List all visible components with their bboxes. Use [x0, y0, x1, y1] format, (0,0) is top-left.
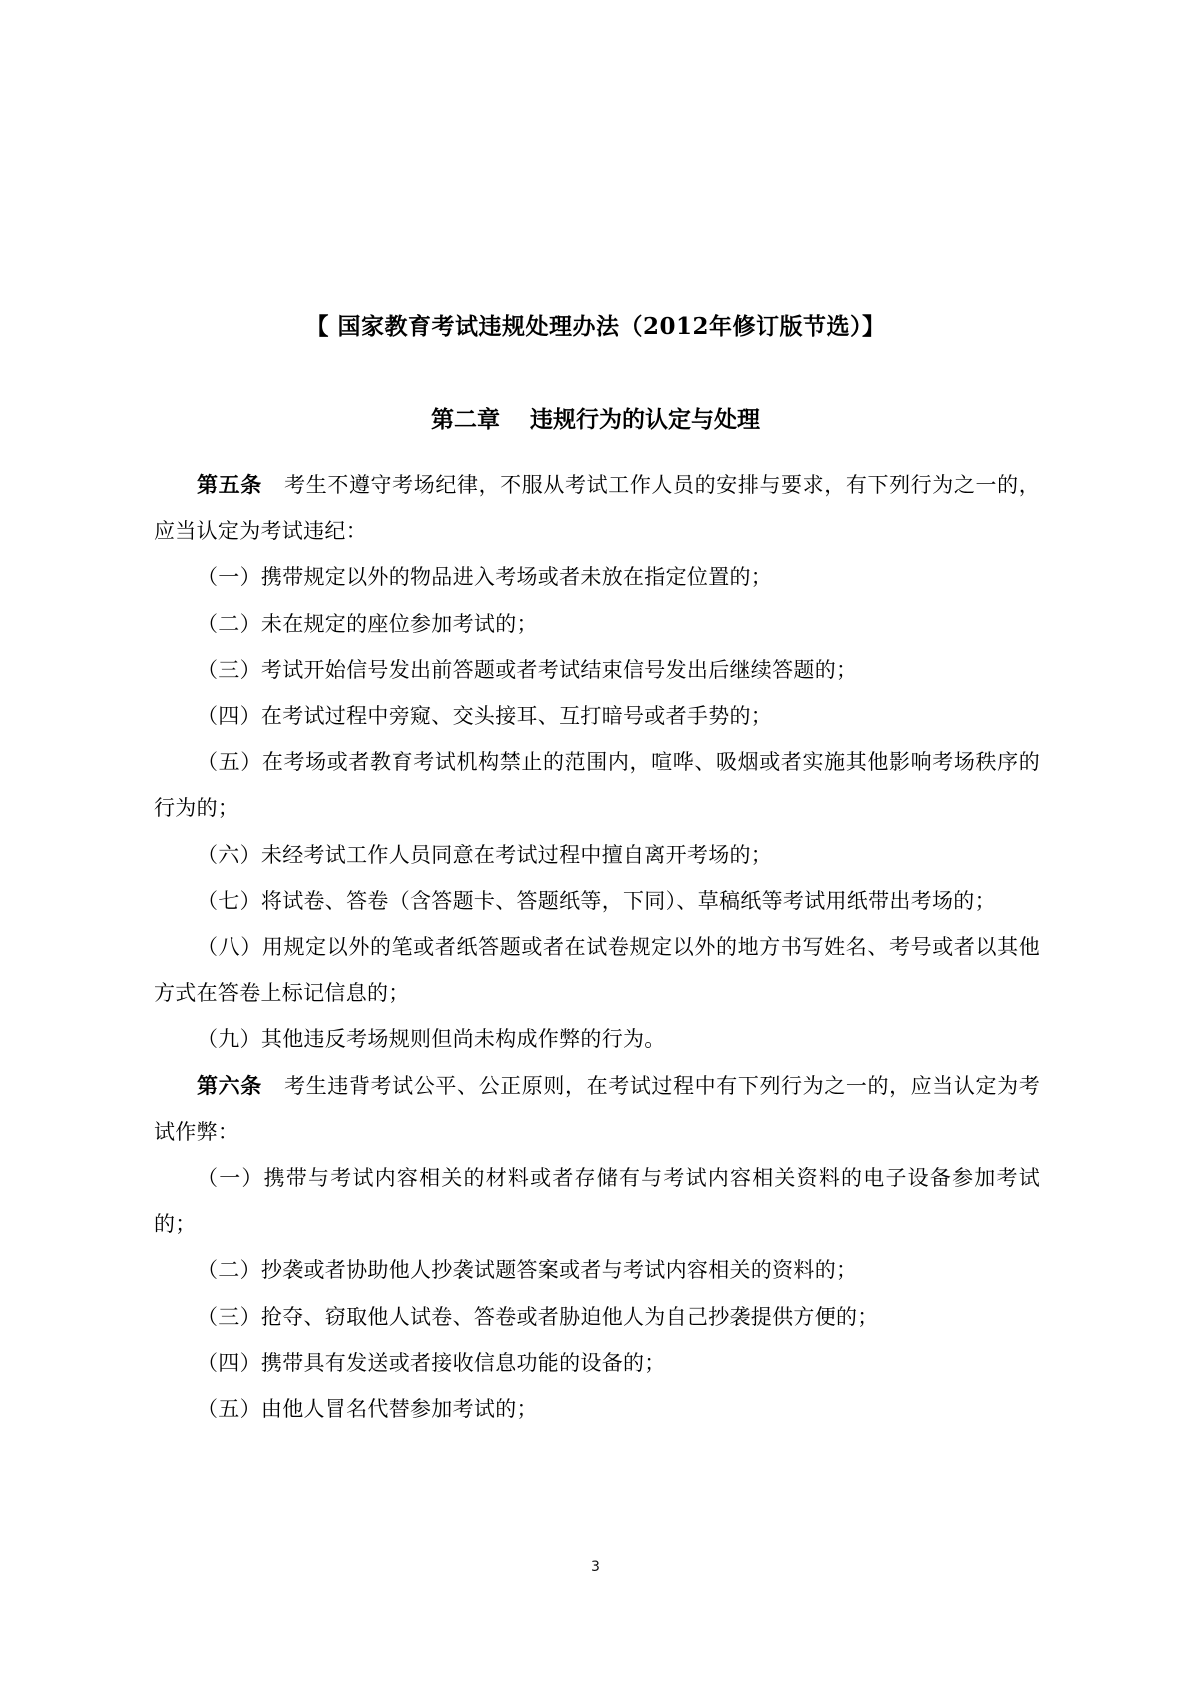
article-6-intro: 第六条考生违背考试公平、公正原则，在考试过程中有下列行为之一的，应当认定为考试作…: [154, 1063, 1040, 1155]
article-5-item-3: （三）考试开始信号发出前答题或者考试结束信号发出后继续答题的；: [154, 647, 1040, 693]
chapter-name: 违规行为的认定与处理: [530, 406, 760, 433]
article-5-intro: 第五条考生不遵守考场纪律，不服从考试工作人员的安排与要求，有下列行为之一的，应当…: [154, 462, 1040, 554]
article-intro-text: 考生违背考试公平、公正原则，在考试过程中有下列行为之一的，应当认定为考试作弊：: [154, 1074, 1040, 1144]
article-6-item-2: （二）抄袭或者协助他人抄袭试题答案或者与考试内容相关的资料的；: [154, 1247, 1040, 1293]
article-6-item-5: （五）由他人冒名代替参加考试的；: [154, 1386, 1040, 1432]
article-5-item-9: （九）其他违反考场规则但尚未构成作弊的行为。: [154, 1016, 1040, 1062]
article-5-item-5: （五）在考场或者教育考试机构禁止的范围内，喧哗、吸烟或者实施其他影响考场秩序的行…: [154, 739, 1040, 831]
article-6-item-4: （四）携带具有发送或者接收信息功能的设备的；: [154, 1340, 1040, 1386]
article-5-item-6: （六）未经考试工作人员同意在考试过程中擅自离开考场的；: [154, 832, 1040, 878]
chapter-heading: 第二章违规行为的认定与处理: [0, 405, 1191, 435]
article-6-item-3: （三）抢夺、窃取他人试卷、答卷或者胁迫他人为自己抄袭提供方便的；: [154, 1294, 1040, 1340]
document-title: 【 国家教育考试违规处理办法（2012年修订版节选）】: [0, 312, 1191, 342]
article-6-item-1: （一）携带与考试内容相关的材料或者存储有与考试内容相关资料的电子设备参加考试的；: [154, 1155, 1040, 1247]
article-5-item-4: （四）在考试过程中旁窥、交头接耳、互打暗号或者手势的；: [154, 693, 1040, 739]
article-intro-text: 考生不遵守考场纪律，不服从考试工作人员的安排与要求，有下列行为之一的，应当认定为…: [154, 473, 1040, 543]
article-5-item-8: （八）用规定以外的笔或者纸答题或者在试卷规定以外的地方书写姓名、考号或者以其他方…: [154, 924, 1040, 1016]
chapter-number: 第二章: [431, 406, 500, 433]
document-body: 第五条考生不遵守考场纪律，不服从考试工作人员的安排与要求，有下列行为之一的，应当…: [154, 462, 1040, 1432]
article-number: 第五条: [197, 472, 262, 497]
article-5-item-1: （一）携带规定以外的物品进入考场或者未放在指定位置的；: [154, 554, 1040, 600]
document-page: 【 国家教育考试违规处理办法（2012年修订版节选）】 第二章违规行为的认定与处…: [0, 0, 1191, 1684]
article-number: 第六条: [197, 1073, 262, 1098]
page-number: 3: [0, 1558, 1191, 1576]
article-5-item-2: （二）未在规定的座位参加考试的；: [154, 601, 1040, 647]
article-5-item-7: （七）将试卷、答卷（含答题卡、答题纸等，下同）、草稿纸等考试用纸带出考场的；: [154, 878, 1040, 924]
